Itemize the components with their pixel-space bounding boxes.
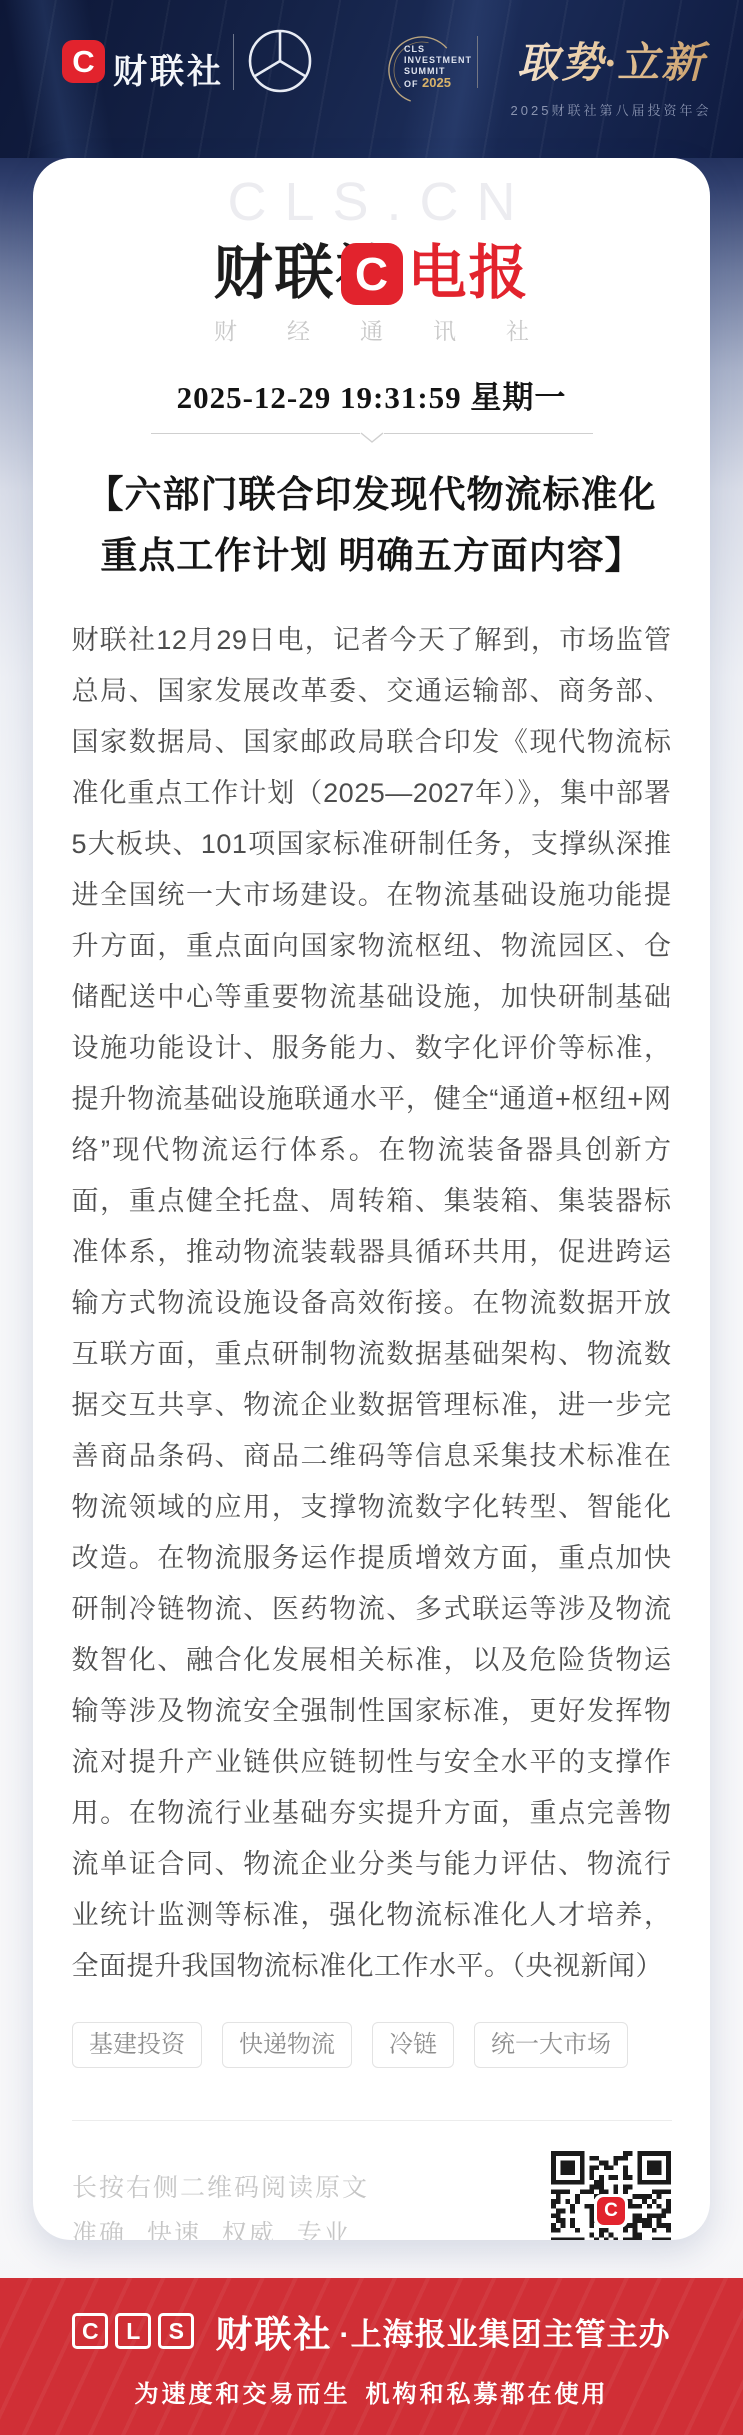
summit-name-line: OF 2025 bbox=[404, 77, 472, 90]
summit-year: 2025 bbox=[422, 75, 451, 90]
chevron-down-icon bbox=[360, 429, 384, 443]
summit-subtitle: 2025财联社第八届投资年会 bbox=[492, 100, 730, 119]
qr-hint-line2: 准确 快速 权威 专业 bbox=[72, 2211, 369, 2240]
telegraph-card: CLS.CN C 财联社 电报 财经通讯社 2025-12-29 19:31:5… bbox=[33, 158, 710, 2240]
headline: 【六部门联合印发现代物流标准化 重点工作计划 明确五方面内容】 bbox=[52, 465, 692, 587]
agency-tagline: 财经通讯社 bbox=[33, 317, 710, 345]
cls-letter-box: C bbox=[72, 2313, 108, 2349]
top-banner: C 财联社 CLS INVESTMENT SUMMIT OF 202 bbox=[0, 0, 743, 158]
logo-suffix: 电报 bbox=[408, 244, 530, 303]
summit-name-line: CLS bbox=[404, 44, 472, 55]
footer-brand: 财联社 bbox=[215, 2304, 332, 2358]
headline-line: 重点工作计划 明确五方面内容】 bbox=[52, 526, 692, 587]
card-footer: 长按右侧二维码阅读原文 准确 快速 权威 专业 C bbox=[72, 2151, 671, 2240]
footer-host: ·上海报业集团主管主办 bbox=[339, 2309, 670, 2354]
watermark: CLS.CN bbox=[33, 172, 710, 232]
footer-slogan: 为速度和交易而生 机构和私募都在使用 bbox=[135, 2374, 609, 2409]
qr-code[interactable]: C bbox=[551, 2151, 671, 2240]
article-body: 财联社12月29日电，记者今天了解到，市场监管总局、国家发展改革委、交通运输部、… bbox=[72, 615, 672, 1992]
title-divider bbox=[151, 429, 593, 443]
qr-center-logo: C bbox=[594, 2194, 628, 2228]
mercedes-logo-icon bbox=[246, 27, 314, 95]
tag[interactable]: 基建投资 bbox=[72, 2022, 202, 2068]
card-divider bbox=[72, 2120, 672, 2121]
tag[interactable]: 快递物流 bbox=[222, 2022, 352, 2068]
publish-datetime: 2025-12-29 19:31:59 星期一 bbox=[33, 381, 710, 415]
tag[interactable]: 统一大市场 bbox=[474, 2022, 628, 2068]
tag-list: 基建投资 快递物流 冷链 统一大市场 bbox=[72, 2022, 710, 2068]
tag[interactable]: 冷链 bbox=[372, 2022, 454, 2068]
logo-c-icon: C bbox=[341, 243, 403, 305]
telegraph-logo: C 财联社 电报 bbox=[33, 244, 710, 303]
headline-line: 【六部门联合印发现代物流标准化 bbox=[52, 465, 692, 526]
cls-letter-box: S bbox=[158, 2313, 194, 2349]
banner-divider bbox=[477, 36, 478, 88]
banner-divider bbox=[233, 34, 234, 90]
summit-slogan: 取势·立新 bbox=[492, 30, 730, 90]
summit-name-line: INVESTMENT bbox=[404, 55, 472, 66]
bottom-banner: C L S 财联社 ·上海报业集团主管主办 为速度和交易而生 机构和私募都在使用 bbox=[0, 2278, 743, 2435]
banner-brand-name: 财联社 bbox=[113, 44, 224, 93]
cls-letter-box: L bbox=[115, 2313, 151, 2349]
qr-hint-line1: 长按右侧二维码阅读原文 bbox=[72, 2165, 369, 2211]
cls-logo-icon: C bbox=[62, 40, 105, 83]
summit-logo: CLS INVESTMENT SUMMIT OF 2025 bbox=[378, 22, 474, 118]
